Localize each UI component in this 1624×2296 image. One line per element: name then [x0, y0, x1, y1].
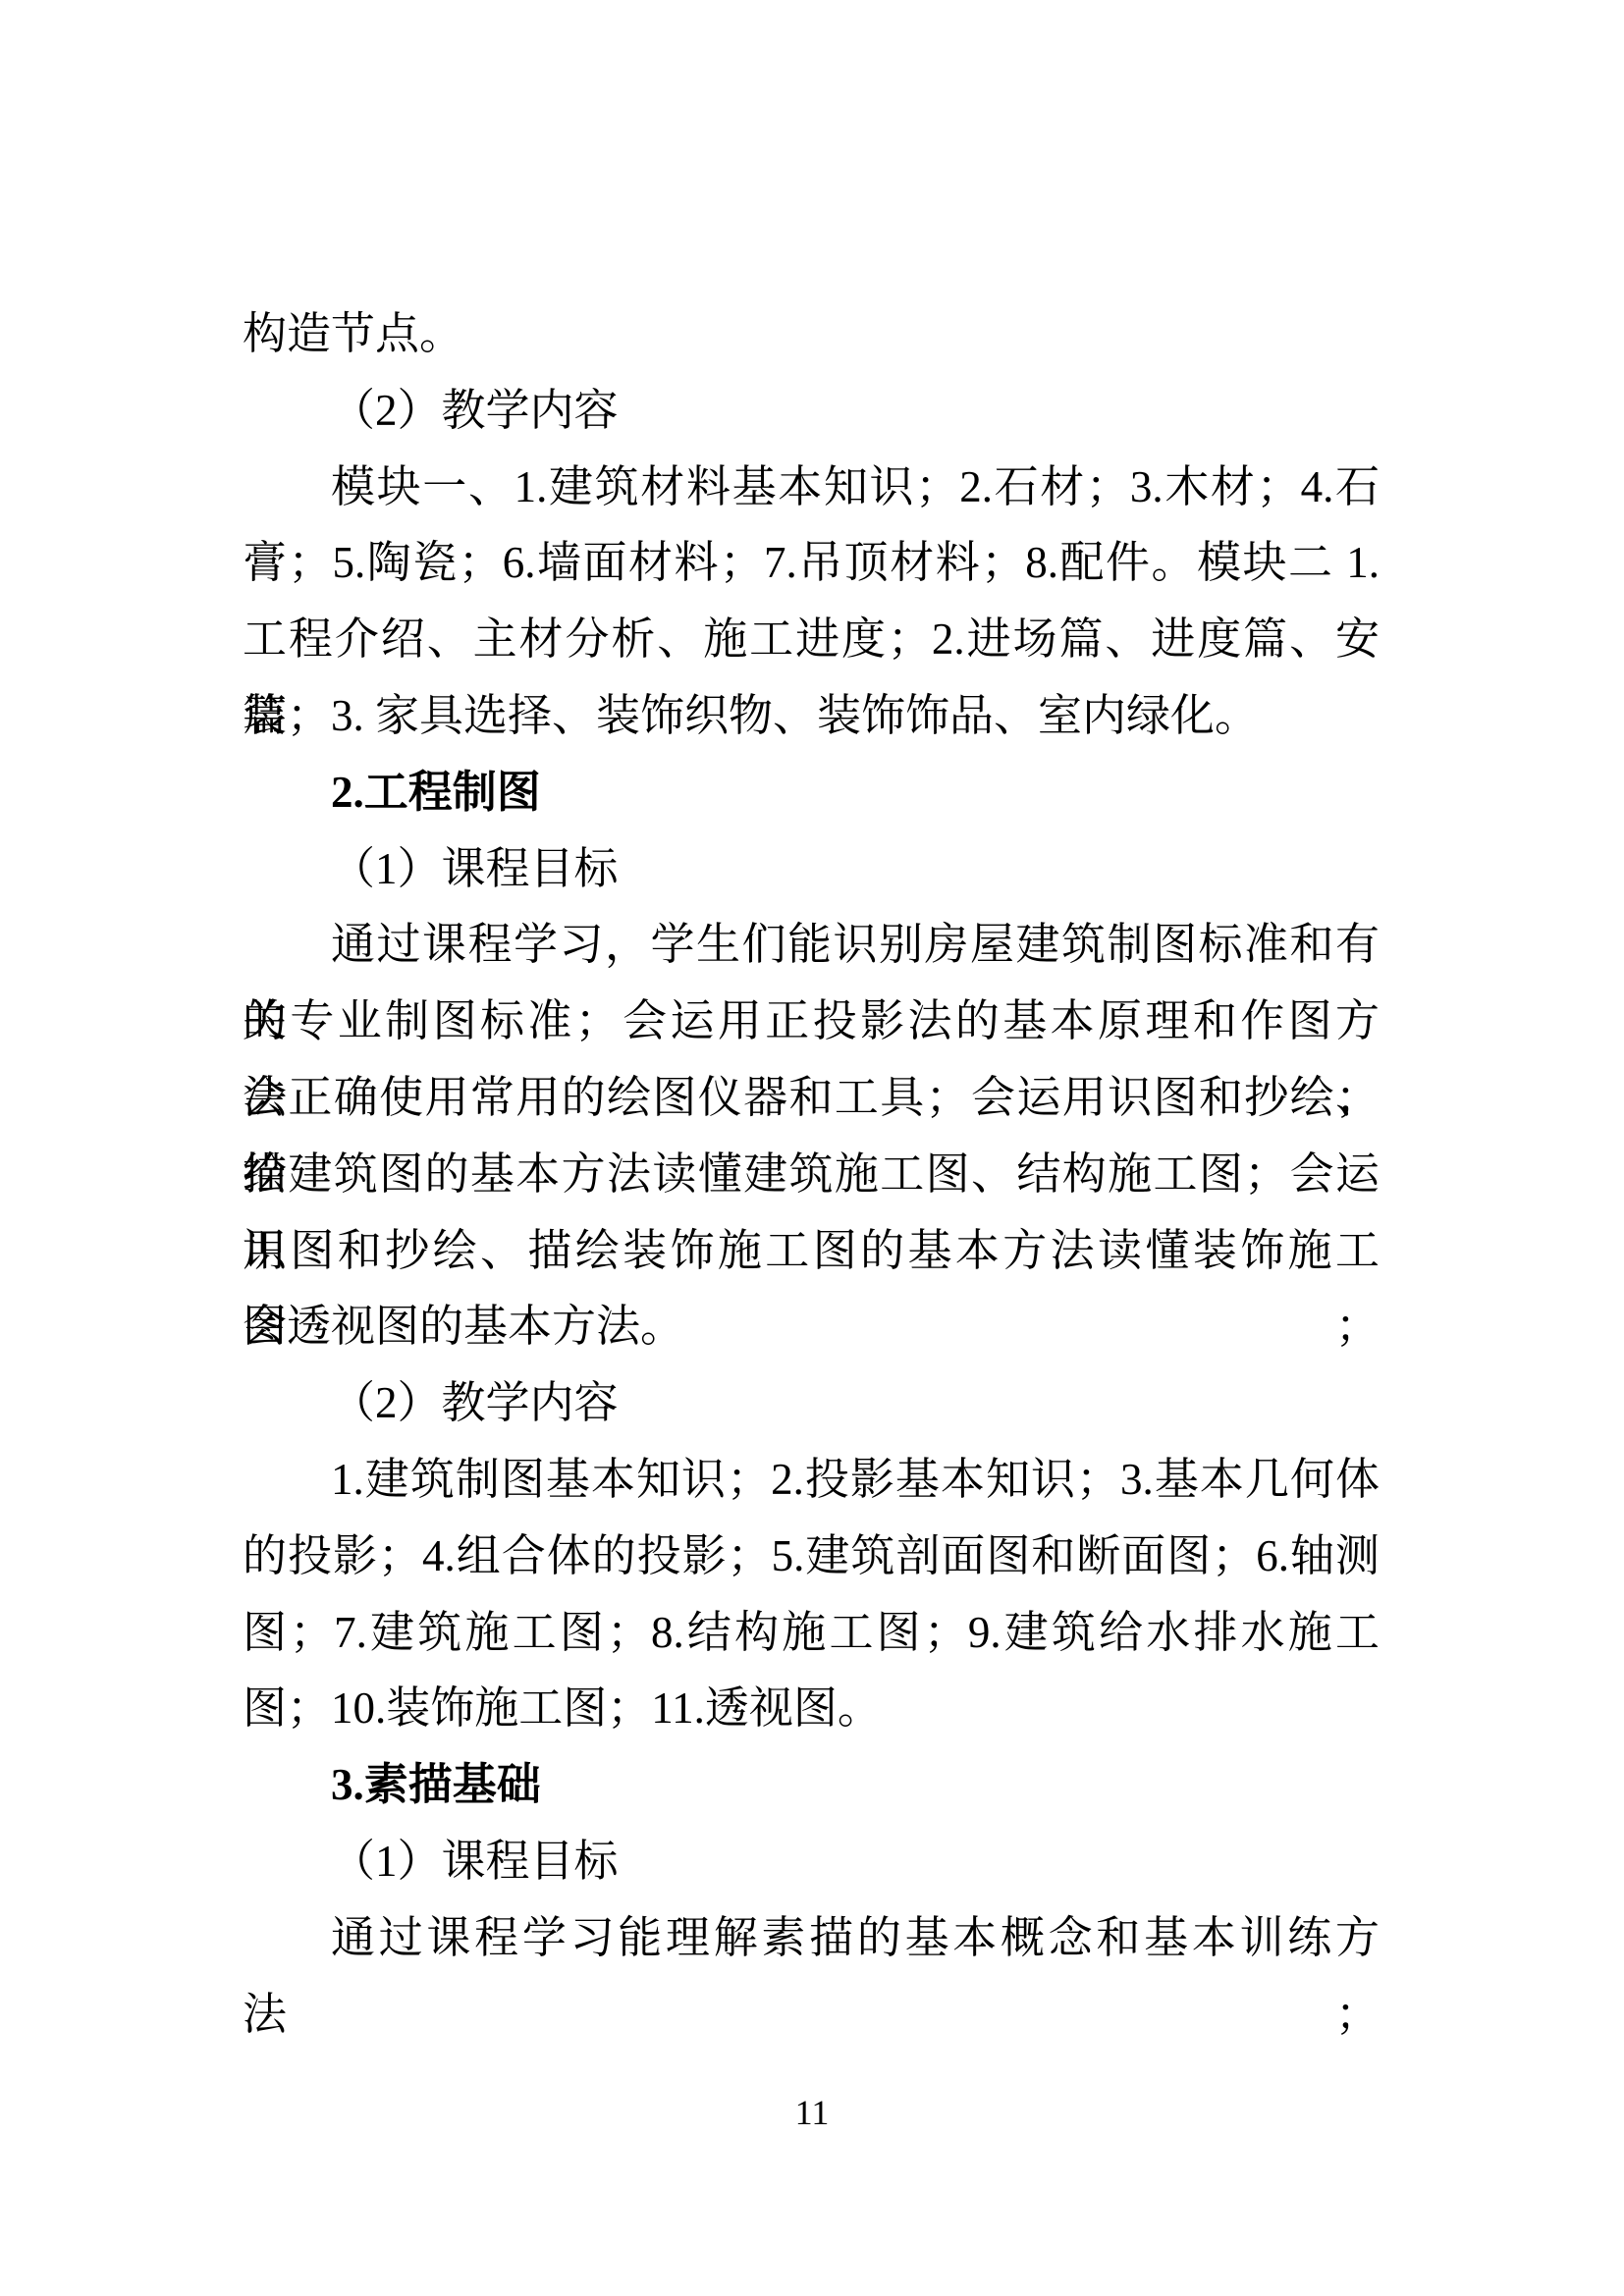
text-line: （1）课程目标: [243, 1824, 1380, 1900]
text-line: 图；10.装饰施工图；11.透视图。: [243, 1671, 1380, 1747]
text-line: 膏；5.陶瓷；6.墙面材料；7.吊顶材料；8.配件。模块二 1.: [243, 525, 1380, 602]
text-line: 的投影；4.组合体的投影；5.建筑剖面图和断面图；6.轴测: [243, 1519, 1380, 1595]
text-line: 识图和抄绘、描绘装饰施工图的基本方法读懂装饰施工图；: [243, 1213, 1380, 1290]
text-line: 图；7.建筑施工图；8.结构施工图；9.建筑给水排水施工: [243, 1595, 1380, 1672]
document-page: 构造节点。（2）教学内容模块一、1.建筑材料基本知识；2.石材；3.木材；4.石…: [0, 0, 1624, 2296]
text-line: （2）教学内容: [243, 1365, 1380, 1442]
text-line: 会正确使用常用的绘图仪器和工具；会运用识图和抄绘、描: [243, 1060, 1380, 1137]
text-line: 绘建筑图的基本方法读懂建筑施工图、结构施工图；会运用: [243, 1137, 1380, 1213]
page-number: 11: [0, 2093, 1624, 2132]
text-line: 通过课程学习能理解素描的基本概念和基本训练方法；: [243, 1900, 1380, 1977]
text-line: （1）课程目标: [243, 831, 1380, 908]
text-line: 1.建筑制图基本知识；2.投影基本知识；3.基本几何体: [243, 1442, 1380, 1519]
text-line: 构造节点。: [243, 296, 1380, 373]
text-line: 的专业制图标准；会运用正投影法的基本原理和作图方法；: [243, 984, 1380, 1060]
document-content: 构造节点。（2）教学内容模块一、1.建筑材料基本知识；2.石材；3.木材；4.石…: [243, 296, 1380, 1977]
text-line: 工程介绍、主材分析、施工进度；2.进场篇、进度篇、安装: [243, 602, 1380, 678]
text-line: 通过课程学习，学生们能识别房屋建筑制图标准和有关: [243, 907, 1380, 984]
text-line: 2.工程制图: [243, 755, 1380, 831]
text-line: 3.素描基础: [243, 1747, 1380, 1824]
text-line: （2）教学内容: [243, 373, 1380, 450]
text-line: 模块一、1.建筑材料基本知识；2.石材；3.木材；4.石: [243, 450, 1380, 526]
text-line: 篇；3. 家具选择、装饰织物、装饰饰品、室内绿化。: [243, 678, 1380, 755]
